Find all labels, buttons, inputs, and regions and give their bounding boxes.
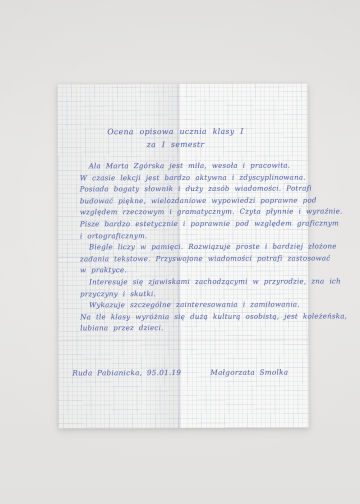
handwritten-line: w praktyce.: [80, 265, 304, 277]
handwritten-line: Interesuje się zjawiskami zachodzącymi w…: [80, 277, 304, 289]
handwritten-line: przyczyny i skutki.: [80, 288, 304, 300]
handwritten-line: Ala Marta Zgórska jest miła, wesoła i pr…: [80, 161, 304, 173]
handwritten-line: budować piękne, wielozdaniowe wypowiedzi…: [80, 195, 304, 207]
letter-footer: Ruda Pabianicka, 95.01.19 Małgorzata Smo…: [58, 368, 308, 383]
handwritten-line: Wykazuje szczególne zainteresowania i za…: [80, 300, 304, 312]
horizontal-fold-crease-lower: [58, 338, 308, 343]
title-line-2: za I semestr: [58, 138, 294, 152]
paragraph-4: Wykazuje szczególne zainteresowania i za…: [80, 300, 304, 336]
paragraph-3: Interesuje się zjawiskami zachodzącymi w…: [80, 277, 304, 301]
title-line-1: Ocena opisowa ucznia klasy I: [58, 125, 294, 139]
letter-body: Ala Marta Zgórska jest miła, wesoła i pr…: [80, 161, 305, 336]
handwritten-line: zadania tekstowe. Przyswojone wiadomości…: [80, 253, 304, 265]
handwritten-line: Pisze bardzo estetycznie i poprawnie pod…: [80, 219, 304, 231]
paragraph-2: Biegle liczy w pamięci. Rozwiązuje prost…: [80, 242, 304, 278]
handwritten-line: Na tle klasy wyróżnia się dużą kulturą o…: [80, 311, 304, 323]
letter-title: Ocena opisowa ucznia klasy I za I semest…: [58, 125, 294, 152]
handwritten-line: W czasie lekcji jest bardzo aktywna i zd…: [80, 172, 304, 184]
handwritten-line: i ortograficznym.: [80, 230, 304, 242]
handwritten-line: względem rzeczowym i gramatycznym. Czyta…: [80, 207, 304, 219]
paragraph-1: Ala Marta Zgórska jest miła, wesoła i pr…: [80, 161, 304, 243]
handwritten-line: Posiada bogaty słownik i duży zasób wiad…: [80, 184, 304, 196]
signature: Małgorzata Smolka: [210, 368, 288, 377]
place-and-date: Ruda Pabianicka, 95.01.19: [72, 368, 181, 377]
handwritten-line: Biegle liczy w pamięci. Rozwiązuje prost…: [80, 242, 304, 254]
handwritten-line: lubiana przez dzieci.: [80, 323, 304, 335]
letter-paper: Ocena opisowa ucznia klasy I za I semest…: [57, 84, 308, 429]
